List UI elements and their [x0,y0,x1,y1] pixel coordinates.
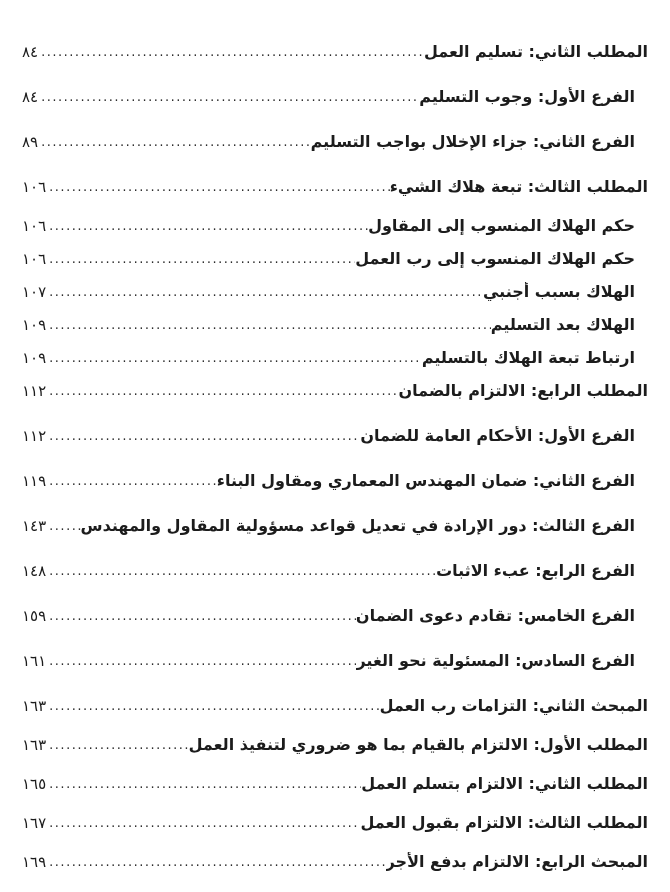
toc-entry-page-number: ١٤٨ [22,562,46,580]
toc-entry-title: المطلب الثاني: الالتزام بتسلم العمل [361,774,648,793]
toc-entry: ارتباط تبعة الهلاك بالتسليم.............… [22,348,648,372]
dot-leader: ........................................… [38,135,310,150]
dot-leader: ........................................… [46,285,483,300]
dot-leader: ........................................… [46,429,360,444]
toc-entry: الفرع الأول: وجوب التسليم...............… [22,87,648,111]
toc-entry-title: الفرع الرابع: عبء الاثبات [436,561,635,580]
dot-leader: ........................................… [46,777,361,792]
toc-entry-page-number: ٨٤ [22,43,38,61]
toc-entry-page-number: ١٦٣ [22,697,46,715]
toc-entry-page-number: ١٠٦ [22,250,46,268]
toc-entry-title: الهلاك بسبب أجنبي [483,282,635,301]
dot-leader: ........................................… [46,654,356,669]
toc-entry-title: الهلاك بعد التسليم [491,315,635,334]
toc-entry: الفرع الرابع: عبء الاثبات...............… [22,561,648,585]
toc-entry-title: الفرع الثالث: دور الإرادة في تعديل قواعد… [81,516,635,535]
dot-leader: ........................................… [46,474,217,489]
toc-entry: المطلب الثالث: الالتزام بقبول العمل.....… [22,813,648,837]
toc-entry: الهلاك بعد التسليم......................… [22,315,648,339]
toc-entry: المطلب الثالث: تبعة هلاك الشيء..........… [22,177,648,201]
toc-entry-page-number: ٨٩ [22,133,38,151]
dot-leader: ........................................… [46,318,491,333]
toc-entry: المطلب الرابع: الالتزام بالضمان.........… [22,381,648,405]
toc-entry: الفرع الخامس: تقادم دعوى الضمان.........… [22,606,648,630]
toc-entry: المطلب الأول: الالتزام بالقيام بما هو ضر… [22,735,648,759]
toc-entry-title: الفرع الثاني: جزاء الإخلال بواجب التسليم [311,132,635,151]
toc-entry-page-number: ١٠٩ [22,316,46,334]
toc-entry-title: الفرع الثاني: ضمان المهندس المعماري ومقا… [217,471,635,490]
table-of-contents: المطلب الثاني: تسليم العمل..............… [22,42,648,876]
toc-entry-page-number: ١٠٦ [22,178,46,196]
toc-entry-title: الفرع الأول: الأحكام العامة للضمان [360,426,635,445]
toc-entry-title: ارتباط تبعة الهلاك بالتسليم [422,348,635,367]
toc-entry-title: المطلب الثالث: تبعة هلاك الشيء [390,177,648,196]
dot-leader: ........................................… [46,855,385,870]
toc-entry-title: الفرع السادس: المسئولية نحو الغير [356,651,635,670]
dot-leader: ........................................… [46,564,436,579]
toc-entry-title: حكم الهلاك المنسوب إلى المقاول [368,216,635,235]
toc-entry: الفرع الثاني: جزاء الإخلال بواجب التسليم… [22,132,648,156]
toc-entry-page-number: ١٦٥ [22,775,46,793]
toc-entry-page-number: ١٦٧ [22,814,46,832]
toc-entry-title: الفرع الخامس: تقادم دعوى الضمان [356,606,635,625]
toc-entry-page-number: ١٦٩ [22,853,46,871]
toc-entry-title: المبحث الثاني: التزامات رب العمل [380,696,648,715]
toc-entry-title: المطلب الثاني: تسليم العمل [424,42,648,61]
toc-entry-page-number: ١٠٩ [22,349,46,367]
toc-entry: الهلاك بسبب أجنبي.......................… [22,282,648,306]
toc-entry-page-number: ١٠٦ [22,217,46,235]
toc-entry: الفرع الأول: الأحكام العامة للضمان......… [22,426,648,450]
dot-leader: ........................................… [46,252,355,267]
toc-entry: الفرع السادس: المسئولية نحو الغير.......… [22,651,648,675]
toc-entry-page-number: ١١٢ [22,427,46,445]
toc-entry-title: حكم الهلاك المنسوب إلى رب العمل [355,249,635,268]
toc-entry-page-number: ١٦١ [22,652,46,670]
dot-leader: ........................................… [46,519,80,534]
toc-entry-title: المطلب الأول: الالتزام بالقيام بما هو ضر… [189,735,648,754]
toc-entry-title: المبحث الرابع: الالتزام بدفع الأجر [386,852,648,871]
toc-entry: حكم الهلاك المنسوب إلى المقاول..........… [22,216,648,240]
toc-entry-page-number: ١١٢ [22,382,46,400]
toc-entry: المطلب الثاني: الالتزام بتسلم العمل.....… [22,774,648,798]
dot-leader: ........................................… [38,45,424,60]
toc-entry: المبحث الرابع: الالتزام بدفع الأجر......… [22,852,648,876]
dot-leader: ........................................… [46,699,379,714]
dot-leader: ........................................… [38,90,419,105]
toc-entry-page-number: ١٤٣ [22,517,46,535]
dot-leader: ........................................… [46,609,356,624]
dot-leader: ........................................… [46,219,368,234]
toc-entry-page-number: ١٠٧ [22,283,46,301]
toc-entry-title: الفرع الأول: وجوب التسليم [419,87,635,106]
toc-entry: الفرع الثالث: دور الإرادة في تعديل قواعد… [22,516,648,540]
toc-entry: المطلب الثاني: تسليم العمل..............… [22,42,648,66]
dot-leader: ........................................… [46,738,188,753]
dot-leader: ........................................… [46,384,398,399]
toc-entry-title: المطلب الرابع: الالتزام بالضمان [398,381,648,400]
toc-entry: الفرع الثاني: ضمان المهندس المعماري ومقا… [22,471,648,495]
toc-entry: حكم الهلاك المنسوب إلى رب العمل.........… [22,249,648,273]
toc-entry-page-number: ١٥٩ [22,607,46,625]
dot-leader: ........................................… [46,816,360,831]
toc-entry-title: المطلب الثالث: الالتزام بقبول العمل [360,813,648,832]
toc-entry-page-number: ١١٩ [22,472,46,490]
toc-entry-page-number: ٨٤ [22,88,38,106]
document-page: المطلب الثاني: تسليم العمل..............… [0,0,670,892]
toc-entry-page-number: ١٦٣ [22,736,46,754]
toc-entry: المبحث الثاني: التزامات رب العمل........… [22,696,648,720]
dot-leader: ........................................… [46,180,390,195]
dot-leader: ........................................… [46,351,422,366]
